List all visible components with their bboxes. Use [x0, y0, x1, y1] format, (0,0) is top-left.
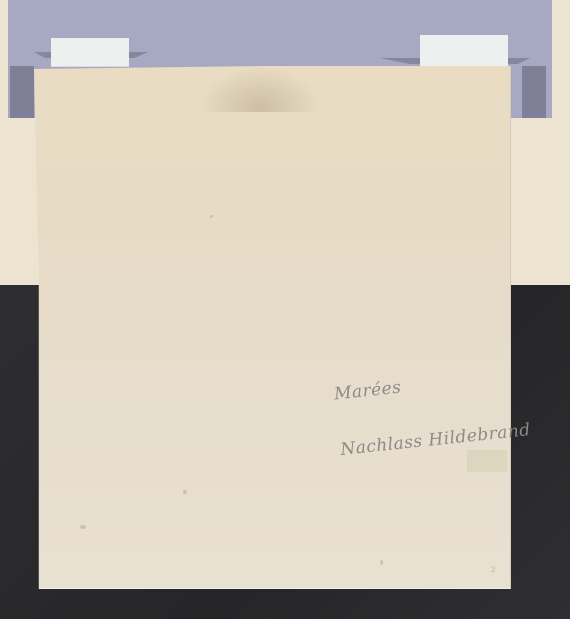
mount-shadow-left: [10, 66, 34, 118]
mount-shadow-right: [522, 66, 546, 118]
foxing-spot: [380, 560, 383, 565]
paper-hinge-right: [420, 35, 508, 68]
foxing-spot: [210, 215, 213, 218]
paper-hinge-left: [51, 38, 129, 67]
paper-residue-patch: [467, 450, 507, 472]
paper-crease: [200, 66, 320, 112]
foxing-spot: [183, 490, 187, 494]
foxing-spot: [80, 525, 86, 529]
corner-pencil-mark: 2: [491, 566, 495, 574]
paper-sheet: [34, 66, 511, 589]
